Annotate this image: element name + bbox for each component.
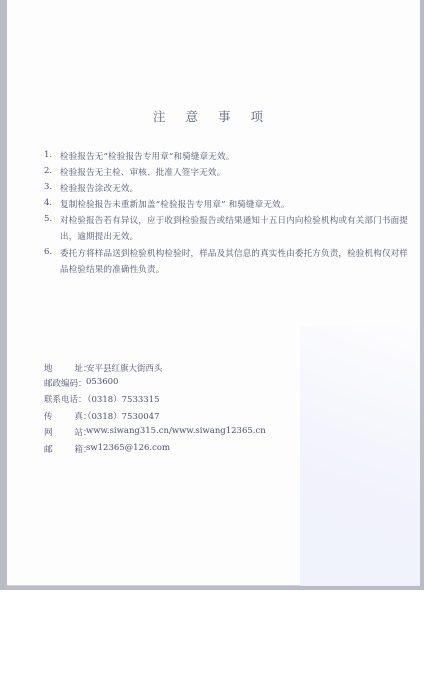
phone-label: 联系电话： bbox=[44, 393, 87, 405]
note-text-continued: 品检验结果的准确性负责。 bbox=[60, 263, 164, 275]
address-value: 安平县红旗大街西头 bbox=[86, 362, 163, 374]
note-number: 5. bbox=[44, 214, 52, 224]
note-text: 对检验报告若有异议，应于收到检验报告或结果通知十五日内向检验机构或有关部门书面提 bbox=[60, 214, 408, 226]
phone-value: （0318）7533315 bbox=[83, 393, 160, 405]
note-text: 检验报告无“检验报告专用章”和骑缝章无效。 bbox=[60, 150, 234, 162]
address-label-a: 地 bbox=[44, 364, 53, 374]
postcode-label: 邮政编码： bbox=[44, 377, 87, 389]
scan-tint bbox=[300, 326, 420, 586]
scanned-page-background bbox=[0, 0, 424, 590]
website-value: www.siwang315.cn/www.siwang12365.cn bbox=[86, 426, 266, 436]
note-text: 委托方将样品送到检验机构检验时，样品及其信息的真实性由委托方负责，检验机构仅对样 bbox=[60, 247, 408, 259]
document-page bbox=[7, 0, 420, 586]
email-label-a: 邮 bbox=[44, 445, 53, 455]
page-title: 注 意 事 项 bbox=[0, 107, 424, 125]
website-label-a: 网 bbox=[44, 428, 53, 438]
fax-label-a: 传 bbox=[44, 412, 53, 422]
note-text-continued: 出，逾期提出无效。 bbox=[60, 230, 138, 242]
note-text: 检验报告涂改无效。 bbox=[60, 182, 138, 194]
note-number: 3. bbox=[44, 182, 52, 192]
email-label: 邮箱： bbox=[44, 443, 92, 455]
website-label: 网站： bbox=[44, 426, 92, 438]
note-text: 复制检验报告未重新加盖“检验报告专用章” 和骑缝章无效。 bbox=[60, 198, 290, 210]
note-number: 4. bbox=[44, 198, 52, 208]
note-number: 1. bbox=[44, 150, 52, 160]
note-number: 2. bbox=[44, 166, 52, 176]
fax-value: （0318）7530047 bbox=[83, 410, 160, 422]
email-value: sw12365@126.com bbox=[86, 443, 170, 453]
note-text: 检验报告无主检、审核、批准人签字无效。 bbox=[60, 166, 225, 178]
note-number: 6. bbox=[44, 247, 52, 257]
address-label: 地址： bbox=[44, 362, 92, 374]
postcode-value: 053600 bbox=[86, 377, 118, 387]
